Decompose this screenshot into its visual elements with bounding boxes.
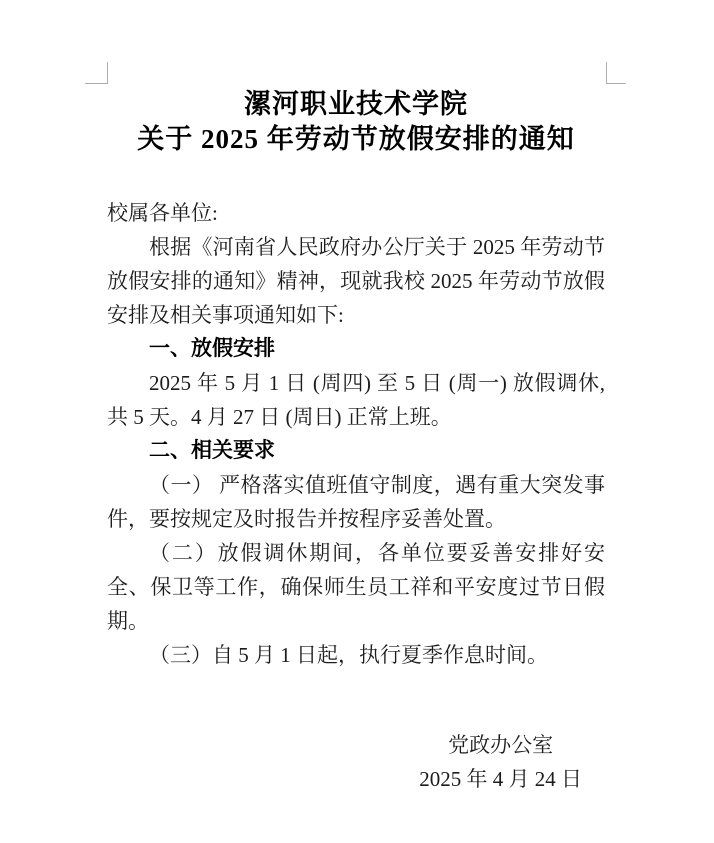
document-body: 校属各单位: 根据《河南省人民政府办公厅关于 2025 年劳动节放假安排的通知》… [107,196,605,796]
section2-heading: 二、相关要求 [107,434,605,468]
signature-block: 党政办公室 2025 年 4 月 24 日 [419,728,582,796]
section2-item-1: （一） 严格落实值班值守制度，遇有重大突发事件，要按规定及时报告并按程序妥善处置… [107,468,605,536]
signature-date: 2025 年 4 月 24 日 [419,762,582,796]
crop-mark-top-right [606,62,626,84]
title-line-1: 漯河职业技术学院 [107,87,605,122]
crop-mark-top-left [85,62,108,84]
document-content: 漯河职业技术学院 关于 2025 年劳动节放假安排的通知 校属各单位: 根据《河… [107,87,605,796]
section2-item-2: （二）放假调休期间，各单位要妥善安排好安全、保卫等工作，确保师生员工祥和平安度过… [107,536,605,638]
salutation: 校属各单位: [107,196,605,230]
signature-department: 党政办公室 [419,728,582,762]
section1-heading: 一、放假安排 [107,332,605,366]
document-page: 漯河职业技术学院 关于 2025 年劳动节放假安排的通知 校属各单位: 根据《河… [0,0,714,843]
section1-paragraph: 2025 年 5 月 1 日 (周四) 至 5 日 (周一) 放假调休,共 5 … [107,366,605,434]
document-title: 漯河职业技术学院 关于 2025 年劳动节放假安排的通知 [107,87,605,157]
title-line-2: 关于 2025 年劳动节放假安排的通知 [107,122,605,157]
section2-item-3: （三）自 5 月 1 日起，执行夏季作息时间。 [107,638,605,672]
intro-paragraph: 根据《河南省人民政府办公厅关于 2025 年劳动节放假安排的通知》精神，现就我校… [107,230,605,332]
